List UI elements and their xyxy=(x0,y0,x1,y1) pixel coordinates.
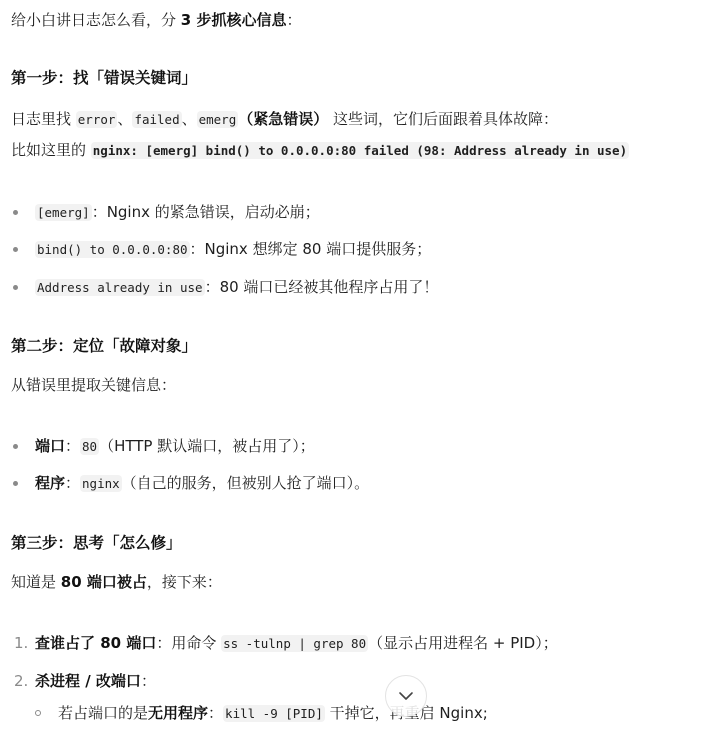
text: （HTTP 默认端口，被占用了）； xyxy=(99,437,315,455)
sep: 、 xyxy=(117,110,132,128)
text: 比如这里的 xyxy=(11,141,91,159)
inline-code: 80 xyxy=(80,438,99,455)
code-error: error xyxy=(76,111,118,128)
colon: ： xyxy=(208,704,223,722)
intro-suffix: ： xyxy=(286,11,301,29)
hollow-bullet-icon xyxy=(35,710,41,716)
text: ，接下来： xyxy=(147,573,222,591)
step3-intro: 知道是 80 端口被占，接下来： xyxy=(11,571,222,593)
text: （显示占用进程名 + PID）； xyxy=(368,634,558,652)
text: ：Nginx 的紧急错误，启动必崩； xyxy=(92,203,320,221)
text: （自己的服务，但被别人抢了端口）。 xyxy=(122,474,370,492)
bold-label: 程序 xyxy=(35,474,65,492)
code-failed: failed xyxy=(132,111,181,128)
bold-label: 杀进程 / 改端口 xyxy=(35,672,141,690)
colon: ： xyxy=(65,474,80,492)
text: 知道是 xyxy=(11,573,61,591)
text: ： xyxy=(141,672,156,690)
inline-code: Address already in use xyxy=(35,279,205,296)
intro-bold: 3 步抓核心信息 xyxy=(181,11,287,29)
code-emerg: emerg xyxy=(197,111,239,128)
list-number: 1. xyxy=(14,632,28,654)
bold-text: 无用程序 xyxy=(148,704,208,722)
bullet-icon xyxy=(13,444,18,449)
chevron-down-icon xyxy=(398,691,414,701)
step2-intro: 从错误里提取关键信息： xyxy=(11,374,176,396)
colon: ： xyxy=(65,437,80,455)
step1-heading: 第一步：找「错误关键词」 xyxy=(11,67,197,89)
sep: 、 xyxy=(182,110,197,128)
text: 这些词，它们后面跟着具体故障： xyxy=(328,110,558,128)
text: 日志里找 xyxy=(11,110,76,128)
inline-code: nginx xyxy=(80,475,122,492)
step2-heading: 第二步：定位「故障对象」 xyxy=(11,335,197,357)
inline-code: bind() to 0.0.0.0:80 xyxy=(35,241,190,258)
intro-paragraph: 给小白讲日志怎么看，分 3 步抓核心信息： xyxy=(11,9,301,31)
inline-code: [emerg] xyxy=(35,204,92,221)
step1-line2: 比如这里的 nginx: [emerg] bind() to 0.0.0.0:8… xyxy=(11,139,629,162)
intro-text: 给小白讲日志怎么看，分 xyxy=(11,11,181,29)
scroll-to-bottom-button[interactable] xyxy=(385,675,427,717)
bullet-icon xyxy=(13,481,18,486)
step3-heading: 第三步：思考「怎么修」 xyxy=(11,532,182,554)
bold-label: 查谁占了 80 端口 xyxy=(35,634,156,652)
step1-line1: 日志里找 error、failed、emerg（紧急错误） 这些词，它们后面跟着… xyxy=(11,108,558,131)
inline-code: kill -9 [PID] xyxy=(223,705,325,722)
bold-label: 端口 xyxy=(35,437,65,455)
list-number: 2. xyxy=(14,670,28,692)
text: ：80 端口已经被其他程序占用了！ xyxy=(205,278,439,296)
text: 若占端口的是 xyxy=(58,704,148,722)
bullet-icon xyxy=(13,247,18,252)
bold-text: 80 端口被占 xyxy=(61,573,147,591)
bold-text: （紧急错误） xyxy=(238,110,328,128)
bullet-icon xyxy=(13,210,18,215)
code-log-line: nginx: [emerg] bind() to 0.0.0.0:80 fail… xyxy=(91,142,629,159)
text: ：用命令 xyxy=(156,634,221,652)
text: ：Nginx 想绑定 80 端口提供服务； xyxy=(190,240,432,258)
inline-code: ss -tulnp | grep 80 xyxy=(221,635,368,652)
bullet-icon xyxy=(13,285,18,290)
